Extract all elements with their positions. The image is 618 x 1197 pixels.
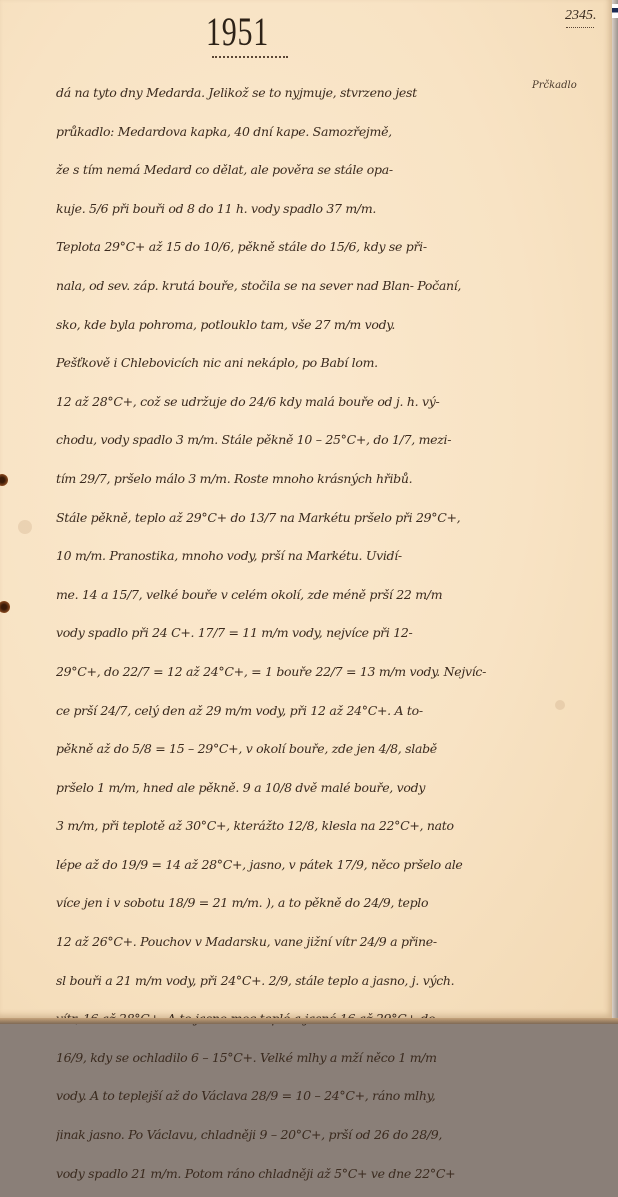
page-right-edge [612,0,618,1024]
page-number: 2345. [565,8,597,24]
handwritten-text-body: dá na tyto dny Medarda. Jelikož se to ny… [56,78,556,1024]
paper-stain [18,520,32,534]
text-line: Stále pěkně, teplo až 29°C+ do 13/7 na M… [56,503,556,542]
year-heading: 1951 [206,8,269,55]
bookmark-tab [612,4,618,18]
text-line: průkadlo: Medardova kapka, 40 dní kape. … [56,117,556,156]
page-bottom-edge [0,1018,618,1024]
text-line: 12 až 26°C+. Pouchov v Madarsku, vane ji… [56,927,556,966]
text-line: ce prší 24/7, celý den až 29 m/m vody, p… [56,696,556,735]
text-line: vody spadlo při 24 C+. 17/7 = 11 m/m vod… [56,618,556,657]
text-line: chodu, vody spadlo 3 m/m. Stále pěkně 10… [56,425,556,464]
text-line: lépe až do 19/9 = 14 až 28°C+, jasno, v … [56,850,556,889]
binding-hole-top [0,474,8,486]
text-line: 3 m/m, při teplotě až 30°C+, kterážto 12… [56,811,556,850]
paper-stain [555,700,565,710]
text-line: kuje. 5/6 při bouři od 8 do 11 h. vody s… [56,194,556,233]
text-line: Pešťkově i Chlebovicích nic ani nekáplo,… [56,348,556,387]
text-line: Teplota 29°C+ až 15 do 10/6, pěkně stále… [56,232,556,271]
text-line: 10 m/m. Pranostika, mnoho vody, prší na … [56,541,556,580]
text-line: pěkně až do 5/8 = 15 – 29°C+, v okolí bo… [56,734,556,773]
text-line: více jen i v sobotu 18/9 = 21 m/m. ), a … [56,888,556,927]
text-line: sl bouři a 21 m/m vody, při 24°C+. 2/9, … [56,966,556,1005]
text-line: nala, od sev. záp. krutá bouře, stočila … [56,271,556,310]
text-line: pršelo 1 m/m, hned ale pěkně. 9 a 10/8 d… [56,773,556,812]
text-line: 29°C+, do 22/7 = 12 až 24°C+, = 1 bouře … [56,657,556,696]
text-line: me. 14 a 15/7, velké bouře v celém okolí… [56,580,556,619]
text-line: sko, kde byla pohroma, potlouklo tam, vš… [56,310,556,349]
page-number-underline [566,27,594,28]
year-underline [212,56,288,58]
text-line: že s tím nemá Medard co dělat, ale pověr… [56,155,556,194]
text-line: dá na tyto dny Medarda. Jelikož se to ny… [56,78,556,117]
diary-page: 1951 2345. Prčkadlo dá na tyto dny Medar… [0,0,612,1018]
binding-hole-bottom [0,601,10,613]
text-line: tím 29/7, pršelo málo 3 m/m. Roste mnoho… [56,464,556,503]
text-line: 12 až 28°C+, což se udržuje do 24/6 kdy … [56,387,556,426]
